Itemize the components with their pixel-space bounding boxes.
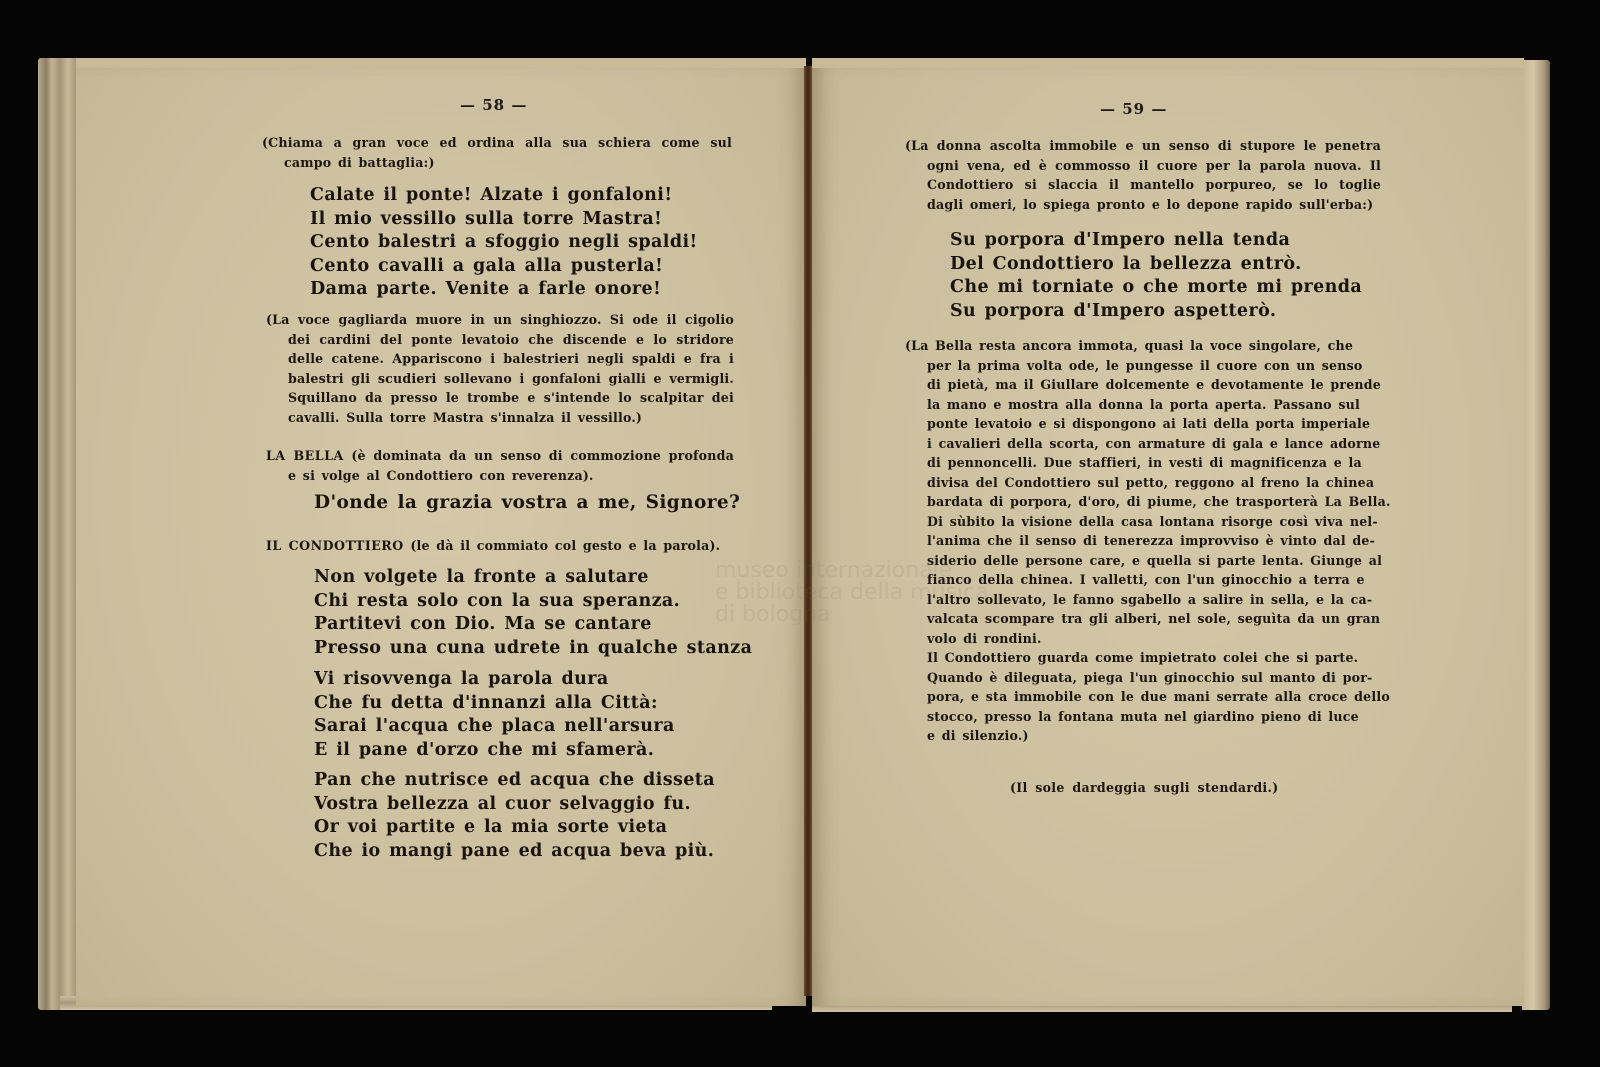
verse-line: Chi resta solo con la sua speranza. (314, 590, 752, 614)
speaker-name: IL CONDOTTIERO (266, 538, 404, 553)
stage-line: l'anima che il senso di tenerezza improv… (905, 531, 1365, 551)
verse-line: Il mio vessillo sulla torre Mastra! (310, 208, 698, 232)
speaker-line: LA BELLA (è dominata da un senso di comm… (266, 446, 734, 485)
verse-stanza: Su porpora d'Impero nella tenda Del Cond… (950, 229, 1362, 323)
stage-line: volo di rondini. (905, 629, 1365, 649)
page-number-right: — 59 — (1100, 100, 1167, 118)
verse-line: Sarai l'acqua che placa nell'arsura (314, 715, 675, 739)
stage-direction: (La Bella resta ancora immota, quasi la … (905, 336, 1365, 746)
page-number-left: — 58 — (460, 96, 527, 114)
stage-direction: (La voce gagliarda muore in un singhiozz… (266, 310, 734, 427)
verse-line: Vi risovvenga la parola dura (314, 668, 675, 692)
stage-direction: (La donna ascolta immobile e un senso di… (905, 136, 1381, 214)
stage-line: stocco, presso la fontana muta nel giard… (905, 707, 1365, 727)
stage-line: di pennoncelli. Due staffieri, in vesti … (905, 453, 1365, 473)
verse-line: Presso una cuna udrete in qualche stanza (314, 637, 752, 661)
stage-line: divisa del Condottiero sul petto, reggon… (905, 473, 1365, 493)
stage-line: Il Condottiero guarda come impietrato co… (905, 648, 1365, 668)
verse-stanza: Calate il ponte! Alzate i gonfaloni! Il … (310, 184, 698, 302)
stage-line: siderio delle persone care, e quella si … (905, 551, 1365, 571)
verse-stanza: Vi risovvenga la parola dura Che fu dett… (314, 668, 675, 762)
verse-stanza: D'onde la grazia vostra a me, Signore? (314, 491, 740, 515)
stage-line: l'altro sollevato, le fanno sgabello a s… (905, 590, 1365, 610)
verse-line: Che io mangi pane ed acqua beva più. (314, 840, 715, 864)
stage-line: valcata scompare tra gli alberi, nel sol… (905, 609, 1365, 629)
verse-line: Che fu detta d'innanzi alla Città: (314, 692, 675, 716)
stage-line: (La Bella resta ancora immota, quasi la … (905, 336, 1365, 356)
stage-line: fianco della chinea. I valletti, con l'u… (905, 570, 1365, 590)
open-book: museo internazionale e biblioteca della … (0, 0, 1600, 1067)
verse-line: Non volgete la fronte a salutare (314, 566, 752, 590)
stage-line: di pietà, ma il Giullare dolcemente e de… (905, 375, 1365, 395)
verse-line: Or voi partite e la mia sorte vieta (314, 816, 715, 840)
stage-line: la mano e mostra alla donna la porta ape… (905, 395, 1365, 415)
verse-stanza: Pan che nutrisce ed acqua che disseta Vo… (314, 769, 715, 863)
speaker-direction: (le dà il commiato col gesto e la parola… (410, 538, 720, 553)
stage-line: Quando è dileguata, piega l'un ginocchio… (905, 668, 1365, 688)
speaker-direction: (è dominata da un senso di commozione pr… (288, 448, 734, 483)
verse-line: Su porpora d'Impero aspetterò. (950, 300, 1362, 324)
stage-line: per la prima volta ode, le pungesse il c… (905, 356, 1365, 376)
verse-line: Pan che nutrisce ed acqua che disseta (314, 769, 715, 793)
speaker-name: LA BELLA (266, 448, 344, 463)
speaker-line: IL CONDOTTIERO (le dà il commiato col ge… (266, 536, 734, 556)
stage-line: bardata di porpora, d'oro, di piume, che… (905, 492, 1365, 512)
left-page-edges (38, 58, 78, 1010)
verse-line: Su porpora d'Impero nella tenda (950, 229, 1362, 253)
verse-line: Calate il ponte! Alzate i gonfaloni! (310, 184, 698, 208)
verse-line: Cento cavalli a gala alla pusterla! (310, 255, 698, 279)
verse-line: D'onde la grazia vostra a me, Signore? (314, 491, 740, 515)
verse-line: Che mi torniate o che morte mi prenda (950, 276, 1362, 300)
verse-line: E il pane d'orzo che mi sfamerà. (314, 739, 675, 763)
stage-line: ponte levatoio e si dispongono ai lati d… (905, 414, 1365, 434)
verse-line: Partitevi con Dio. Ma se cantare (314, 613, 752, 637)
stage-direction: (Chiama a gran voce ed ordina alla sua s… (262, 133, 732, 172)
verse-line: Del Condottiero la bellezza entrò. (950, 253, 1362, 277)
verse-line: Vostra bellezza al cuor selvaggio fu. (314, 793, 715, 817)
closing-stage-direction: (Il sole dardeggia sugli stendardi.) (1010, 780, 1278, 795)
right-page-edges (1522, 60, 1550, 1010)
verse-line: Cento balestri a sfoggio negli spaldi! (310, 231, 698, 255)
book-gutter (804, 66, 812, 996)
stage-line: pora, e sta immobile con le due mani ser… (905, 687, 1365, 707)
stage-line: Di sùbito la visione della casa lontana … (905, 512, 1365, 532)
verse-stanza: Non volgete la fronte a salutare Chi res… (314, 566, 752, 660)
stage-line: i cavalieri della scorta, con armature d… (905, 434, 1365, 454)
verse-line: Dama parte. Venite a farle onore! (310, 278, 698, 302)
stage-line: e di silenzio.) (905, 726, 1365, 746)
